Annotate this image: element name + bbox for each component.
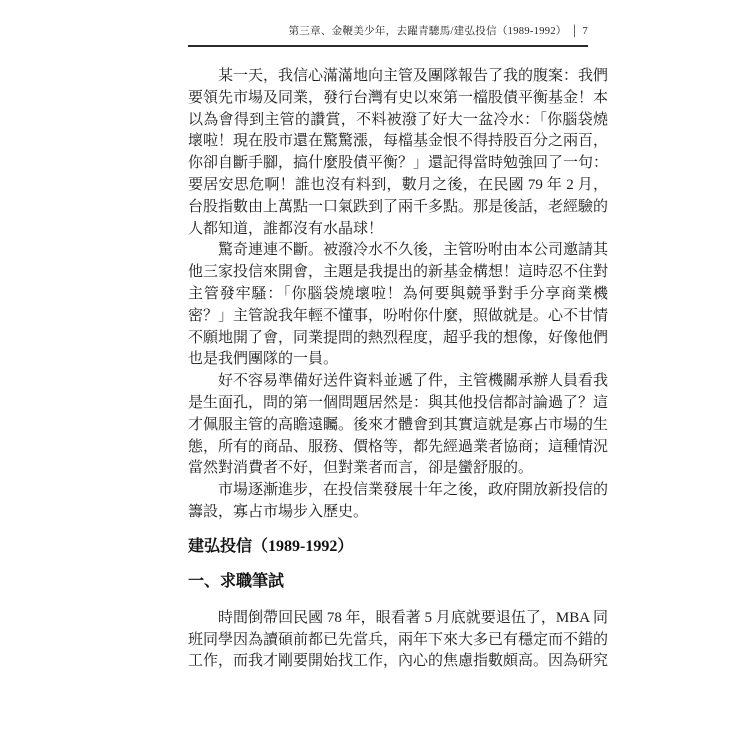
- paragraph-5: 時間倒帶回民國 78 年，眼看著 5 月底就要退伍了，MBA 同班同學因為讀碩前…: [188, 608, 608, 673]
- paragraph-1: 某一天，我信心滿滿地向主管及團隊報告了我的腹案：我們要領先市場及同業，發行台灣有…: [188, 66, 608, 240]
- text-block: 某一天，我信心滿滿地向主管及團隊報告了我的腹案：我們要領先市場及同業，發行台灣有…: [188, 66, 608, 673]
- subsection-heading: 一、求職筆試: [188, 571, 608, 593]
- page-header: 第三章、金鞭美少年，去躍青驄馬/建弘投信（1989-1992）│7: [188, 24, 588, 40]
- running-title: 第三章、金鞭美少年，去躍青驄馬/建弘投信（1989-1992）: [288, 26, 566, 37]
- book-page: 第三章、金鞭美少年，去躍青驄馬/建弘投信（1989-1992）│7 某一天，我信…: [0, 0, 750, 750]
- header-rule: [188, 45, 588, 47]
- paragraph-4: 市場逐漸進步，在投信業發展十年之後，政府開放新投信的籌設，寡占市場步入歷史。: [188, 480, 608, 524]
- page-number: 7: [582, 26, 588, 37]
- paragraph-2: 驚奇連連不斷。被潑冷水不久後，主管吩咐由本公司邀請其他三家投信來開會，主題是我提…: [188, 240, 608, 371]
- header-separator: │: [567, 26, 583, 37]
- section-heading: 建弘投信（1989-1992）: [188, 536, 608, 558]
- paragraph-3: 好不容易準備好送件資料並遞了件，主管機關承辦人員看我是生面孔，問的第一個問題居然…: [188, 371, 608, 480]
